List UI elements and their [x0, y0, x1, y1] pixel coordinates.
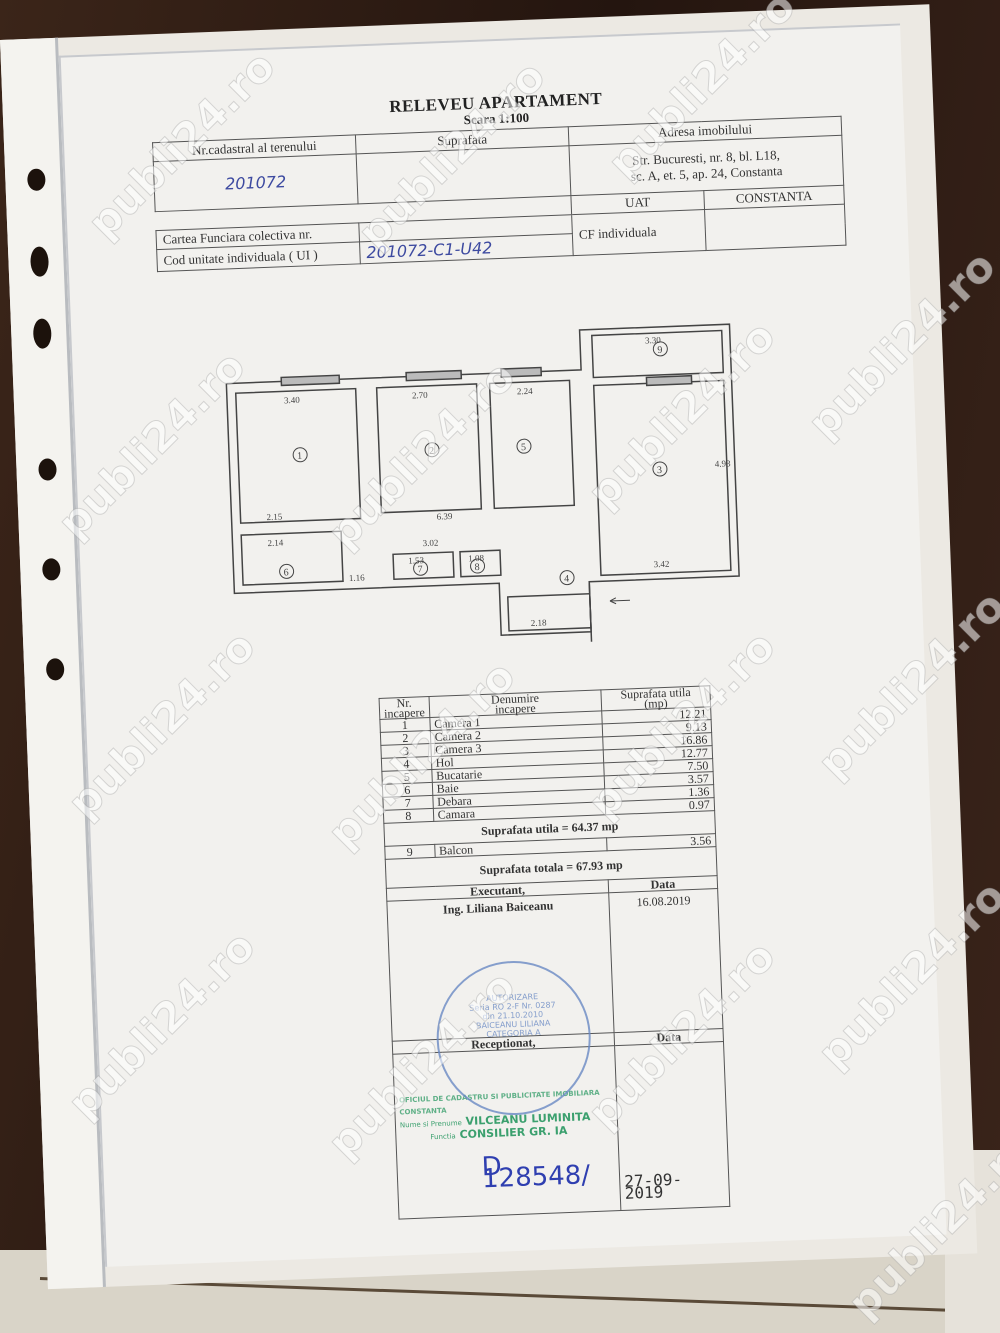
svg-text:5: 5 — [521, 442, 526, 453]
cadastral-value: 201072 — [225, 172, 287, 193]
floor-plan: 1 2 5 3 9 4 6 7 8 3.40 2.70 2.24 3.30 4.… — [220, 314, 792, 655]
window — [501, 367, 541, 377]
punch-hole — [38, 458, 57, 481]
areas-table: Nr.incapere Denumireincapere Suprafata u… — [379, 685, 731, 1219]
window — [646, 376, 691, 386]
executant-date: 16.08.2019 — [609, 889, 723, 1033]
svg-text:4: 4 — [564, 574, 569, 585]
releveu-document: RELEVEU APARTAMENT Scara 1:100 Nr.cadast… — [151, 80, 847, 272]
dim-room3-height: 4.93 — [715, 458, 732, 469]
window — [281, 375, 339, 385]
punch-hole — [42, 558, 61, 581]
cf-individuala-label: CF individuala — [572, 210, 706, 256]
dim-room9-width: 3.30 — [645, 335, 662, 346]
info-table: Nr.cadastral al terenului Suprafata Adre… — [152, 116, 846, 272]
punch-hole — [27, 168, 46, 191]
dim-room6-width: 2.14 — [267, 537, 284, 548]
svg-text:9: 9 — [657, 345, 662, 356]
svg-text:8: 8 — [474, 562, 479, 573]
cf-individuala-value — [705, 204, 846, 250]
dim-room3-width: 3.42 — [653, 559, 669, 570]
registration-date: 27-09- 2019 — [615, 1041, 730, 1210]
punch-hole — [30, 246, 49, 277]
entry-outline — [508, 594, 591, 631]
svg-text:7: 7 — [417, 564, 422, 575]
punch-hole — [33, 318, 52, 349]
entry-arrow-icon — [610, 597, 630, 604]
dim-corridor-length: 6.39 — [436, 511, 453, 522]
registration-number: D 128548/ — [481, 1156, 615, 1185]
svg-text:1: 1 — [297, 451, 302, 462]
dim-room5-width: 2.24 — [517, 386, 534, 397]
svg-text:3: 3 — [657, 465, 662, 476]
dim-hall-width: 3.02 — [422, 538, 438, 549]
document-page: RELEVEU APARTAMENT Scara 1:100 Nr.cadast… — [59, 23, 947, 1266]
green-stamp-func-label: Functia — [430, 1132, 456, 1141]
dim-room8-width: 1.08 — [468, 553, 485, 564]
outer-wall — [225, 324, 742, 655]
suprafata-value — [356, 146, 571, 204]
dim-room2-width: 2.70 — [412, 390, 429, 401]
green-stamp-func: CONSILIER GR. IA — [459, 1124, 567, 1141]
dim-entry-width: 2.18 — [531, 617, 548, 628]
svg-text:2: 2 — [429, 446, 434, 457]
dim-room7-width: 1.53 — [408, 555, 425, 566]
room-3-outline — [594, 380, 731, 575]
dim-small-116: 1.16 — [349, 572, 366, 583]
svg-text:6: 6 — [283, 567, 288, 578]
plastic-sleeve: RELEVEU APARTAMENT Scara 1:100 Nr.cadast… — [0, 4, 977, 1289]
room-6-outline — [241, 531, 343, 585]
dim-corridor-upper: 2.15 — [266, 512, 283, 523]
window — [406, 371, 461, 381]
green-stamp-name-label: Nume si Prenume — [400, 1119, 462, 1129]
dim-room1-width: 3.40 — [284, 395, 301, 406]
room-5-outline — [490, 380, 575, 508]
cod-ui-value: 201072-C1-U42 — [366, 238, 493, 262]
punch-hole — [46, 658, 65, 681]
